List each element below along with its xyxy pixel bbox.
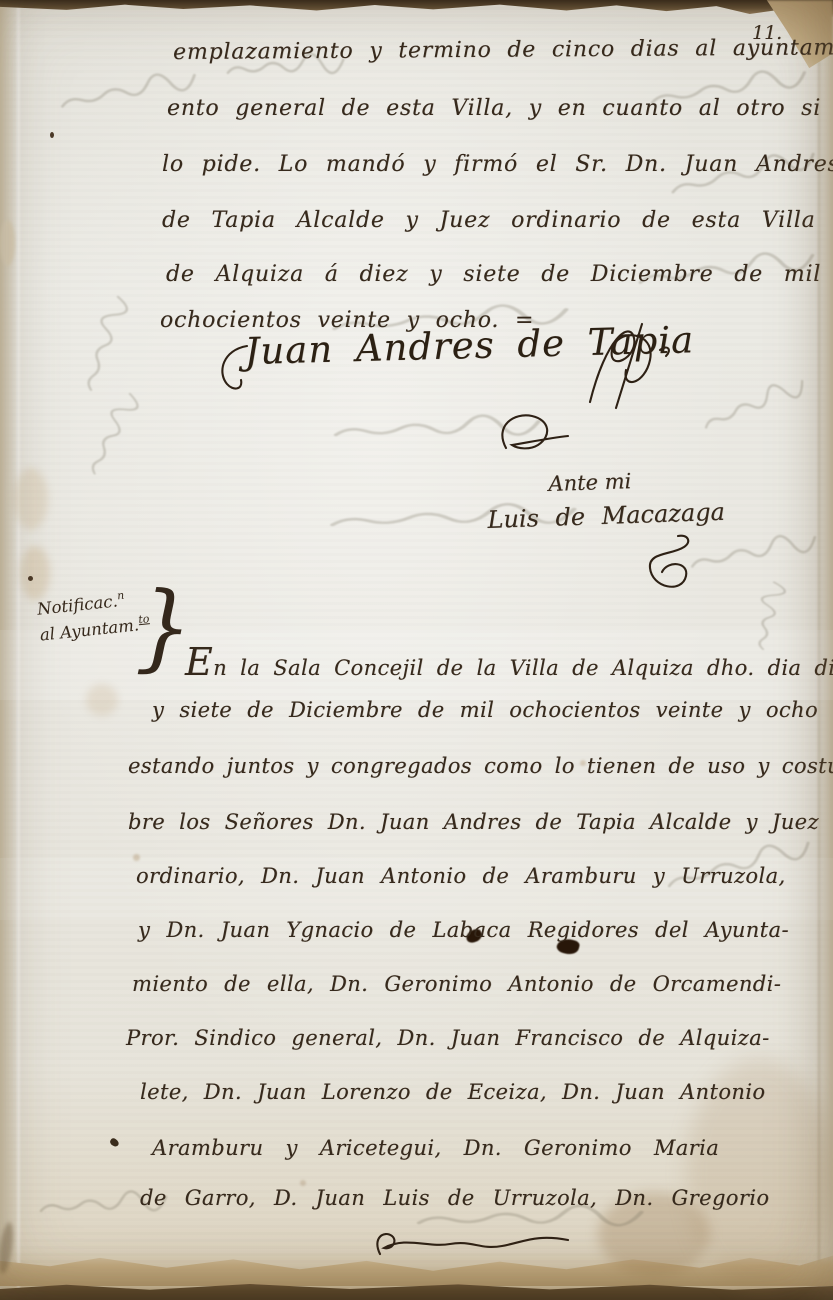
- stain: [86, 684, 118, 716]
- closing-flourish: [372, 1224, 572, 1260]
- bleed-through-mark: [80, 293, 126, 393]
- manuscript-line: lo pide. Lo mandó y firmó el Sr. Dn. Jua…: [162, 152, 833, 177]
- escribano-rubric-flourish: [630, 532, 694, 600]
- bleed-through-mark: [688, 529, 818, 572]
- bleed-through-mark: [84, 389, 138, 477]
- manuscript-line: de Alquiza á diez y siete de Diciembre d…: [166, 262, 821, 287]
- manuscript-line: de Tapia Alcalde y Juez ordinario de est…: [162, 208, 816, 233]
- manuscript-line: emplazamiento y termino de cinco dias al…: [173, 35, 833, 65]
- paper-crease-left: [17, 0, 20, 1300]
- paper-edge-left: [0, 0, 17, 1300]
- manuscript-line: miento de ella, Dn. Geronimo Antonio de …: [132, 972, 781, 996]
- manuscript-page: 11. emplazamiento y termino de cinco dia…: [0, 0, 833, 1300]
- attestation-ante-mi: Ante mi: [548, 469, 632, 496]
- bleed-through-mark: [700, 373, 807, 432]
- margin-note-superscript: n: [116, 589, 124, 603]
- manuscript-line: estando juntos y congregados como lo tie…: [128, 754, 833, 778]
- ink-speck: [28, 576, 33, 581]
- manuscript-line: En la Sala Concejil de la Villa de Alqui…: [185, 640, 833, 684]
- manuscript-line: y siete de Diciembre de mil ochocientos …: [152, 698, 818, 722]
- margin-note-line: al Ayuntam.: [39, 615, 140, 644]
- manuscript-line: ento general de esta Villa, y en cuanto …: [167, 96, 833, 121]
- pen-mark: [492, 408, 572, 464]
- torn-edge-top: [0, 0, 833, 18]
- margin-note: Notificac.n al Ayuntam.to: [36, 582, 151, 645]
- manuscript-line: Pror. Sindico general, Dn. Juan Francisc…: [126, 1026, 770, 1050]
- manuscript-line: bre los Señores Dn. Juan Andres de Tapia…: [128, 810, 819, 834]
- fox-spot: [133, 854, 140, 861]
- manuscript-line: ordinario, Dn. Juan Antonio de Aramburu …: [136, 864, 786, 888]
- manuscript-line: lete, Dn. Juan Lorenzo de Eceiza, Dn. Ju…: [140, 1080, 765, 1104]
- signature-rubric-flourish: [572, 316, 676, 416]
- ink-speck: [109, 1137, 120, 1148]
- ink-speck: [50, 132, 54, 138]
- manuscript-line: y Dn. Juan Ygnacio de Labaca Regidores d…: [138, 918, 789, 942]
- manuscript-line: de Garro, D. Juan Luis de Urruzola, Dn. …: [140, 1186, 769, 1210]
- manuscript-line: Aramburu y Aricetegui, Dn. Geronimo Mari…: [152, 1136, 719, 1160]
